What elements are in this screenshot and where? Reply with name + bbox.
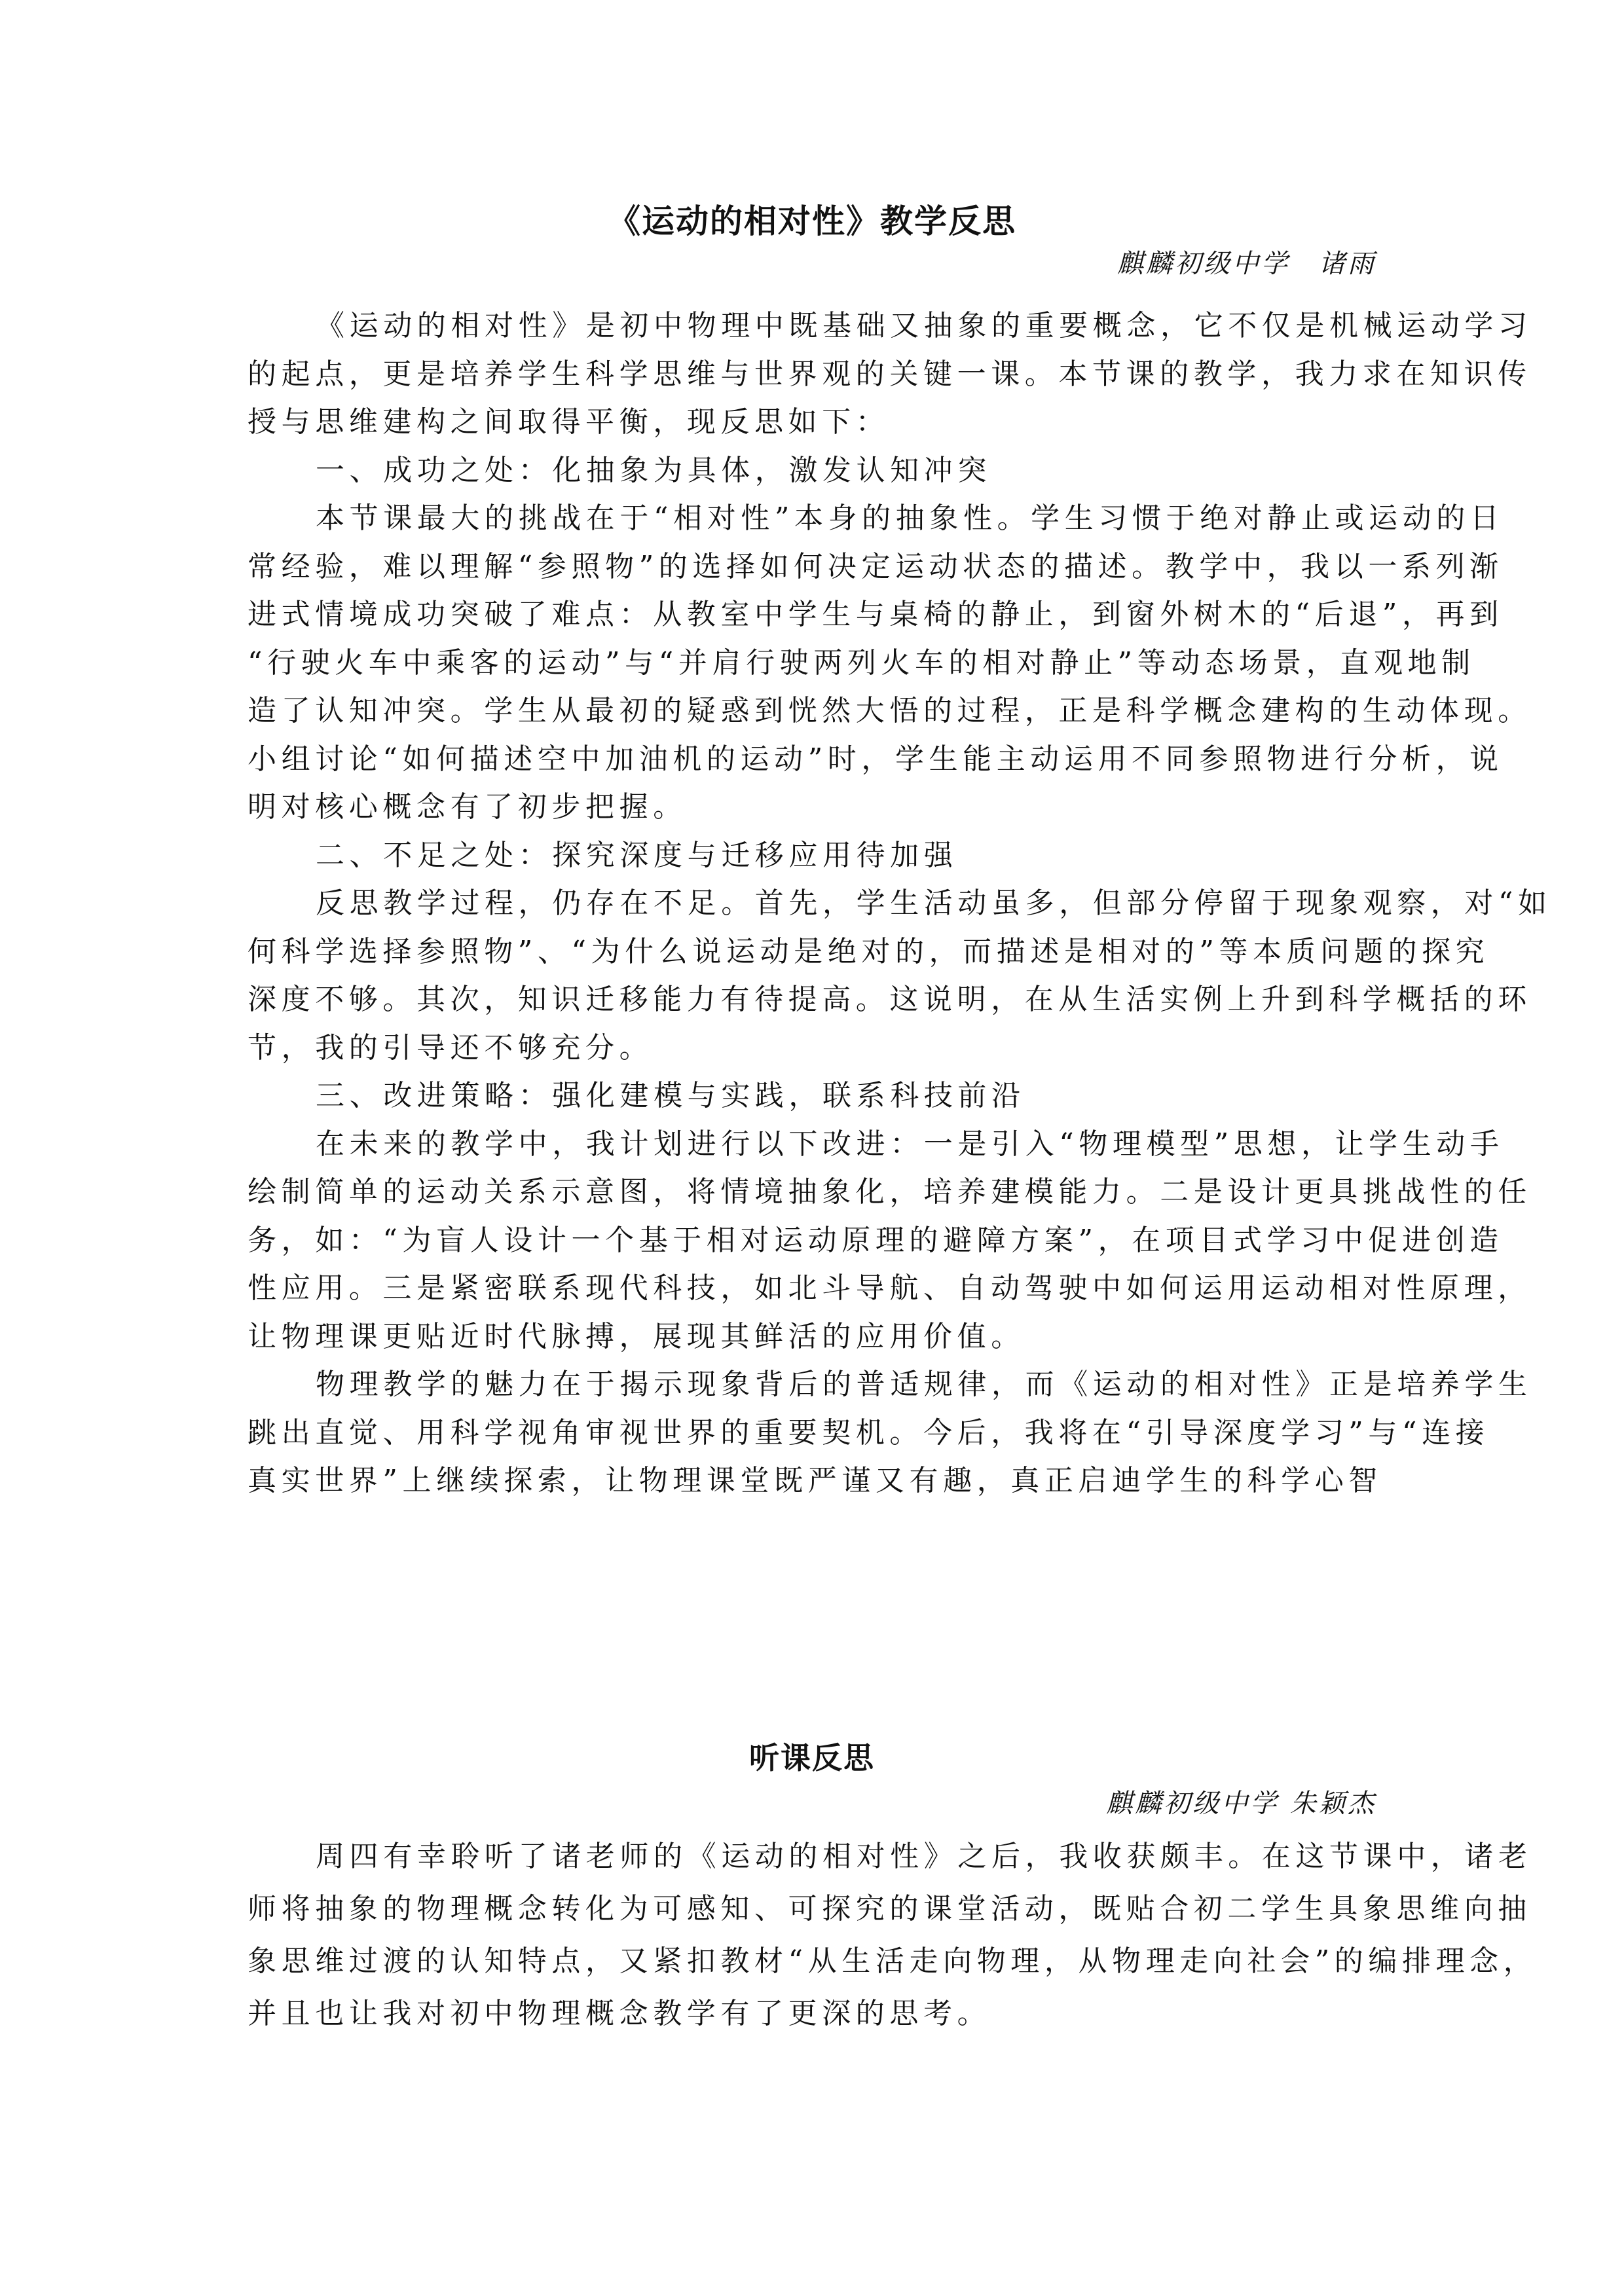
paragraph-line: 在未来的教学中，我计划进行以下改进：一是引入“物理模型”思想，让学生动手 [316, 1126, 1455, 1163]
paragraph-line: “行驶火车中乘客的运动”与“并肩行驶两列火车的相对静止”等动态场景，直观地制 [248, 645, 1387, 682]
paragraph-line: 真实世界”上继续探索，让物理课堂既严谨又有趣，真正启迪学生的科学心智 [248, 1463, 1387, 1499]
paragraph-line: 反思教学过程，仍存在不足。首先，学生活动虽多，但部分停留于现象观察，对“如 [316, 885, 1455, 922]
paragraph-line: 明对核心概念有了初步把握。 [248, 789, 1387, 826]
paragraph-line: 深度不够。其次，知识迁移能力有待提高。这说明，在从生活实例上升到科学概括的环 [248, 981, 1387, 1018]
paragraph-line: 进式情境成功突破了难点：从教室中学生与桌椅的静止，到窗外树木的“后退”，再到 [248, 596, 1387, 633]
paragraph-line: 让物理课更贴近时代脉搏，展现其鲜活的应用价值。 [248, 1319, 1387, 1355]
article-title: 听课反思 [0, 1738, 1624, 1777]
section-heading: 一、成功之处：化抽象为具体，激发认知冲突 [316, 452, 1455, 489]
paragraph-line: 小组讨论“如何描述空中加油机的运动”时，学生能主动运用不同参照物进行分析，说 [248, 741, 1387, 778]
paragraph-line: 的起点，更是培养学生科学思维与世界观的关键一课。本节课的教学，我力求在知识传 [248, 356, 1387, 393]
paragraph-line: 绘制简单的运动关系示意图，将情境抽象化，培养建模能力。二是设计更具挑战性的任 [248, 1174, 1387, 1211]
paragraph-line: 造了认知冲突。学生从最初的疑惑到恍然大悟的过程，正是科学概念建构的生动体现。 [248, 693, 1387, 729]
paragraph-line: 常经验，难以理解“参照物”的选择如何决定运动状态的描述。教学中，我以一系列渐 [248, 549, 1387, 585]
paragraph-line: 授与思维建构之间取得平衡，现反思如下： [248, 404, 1387, 441]
paragraph-line: 跳出直觉、用科学视角审视世界的重要契机。今后，我将在“引导深度学习”与“连接 [248, 1415, 1387, 1451]
paragraph-line: 节，我的引导还不够充分。 [248, 1030, 1387, 1066]
paragraph-line: 周四有幸聆听了诸老师的《运动的相对性》之后，我收获颇丰。在这节课中，诸老 [316, 1838, 1455, 1875]
section-heading: 二、不足之处：探究深度与迁移应用待加强 [316, 837, 1455, 874]
article-author: 麒麟初级中学 朱颖杰 [1106, 1787, 1376, 1820]
paragraph-line: 物理教学的魅力在于揭示现象背后的普适规律，而《运动的相对性》正是培养学生 [316, 1366, 1455, 1403]
paragraph-line: 并且也让我对初中物理概念教学有了更深的思考。 [248, 1995, 1387, 2032]
article-author: 麒麟初级中学 诸雨 [1117, 247, 1376, 280]
paragraph-line: 何科学选择参照物”、“为什么说运动是绝对的，而描述是相对的”等本质问题的探究 [248, 934, 1387, 970]
paragraph-line: 象思维过渡的认知特点，又紧扣教材“从生活走向物理，从物理走向社会”的编排理念， [248, 1943, 1387, 1980]
section-heading: 三、改进策略：强化建模与实践，联系科技前沿 [316, 1078, 1455, 1114]
document-page: 《运动的相对性》教学反思 麒麟初级中学 诸雨 《运动的相对性》是初中物理中既基础… [0, 0, 1624, 2296]
paragraph-line: 本节课最大的挑战在于“相对性”本身的抽象性。学生习惯于绝对静止或运动的日 [316, 500, 1455, 537]
paragraph-line: 务，如：“为盲人设计一个基于相对运动原理的避障方案”，在项目式学习中促进创造 [248, 1222, 1387, 1259]
paragraph-line: 师将抽象的物理概念转化为可感知、可探究的课堂活动，既贴合初二学生具象思维向抽 [248, 1891, 1387, 1927]
paragraph-line: 性应用。三是紧密联系现代科技，如北斗导航、自动驾驶中如何运用运动相对性原理， [248, 1270, 1387, 1307]
paragraph-line: 《运动的相对性》是初中物理中既基础又抽象的重要概念，它不仅是机械运动学习 [316, 308, 1455, 344]
article-title: 《运动的相对性》教学反思 [0, 202, 1624, 241]
